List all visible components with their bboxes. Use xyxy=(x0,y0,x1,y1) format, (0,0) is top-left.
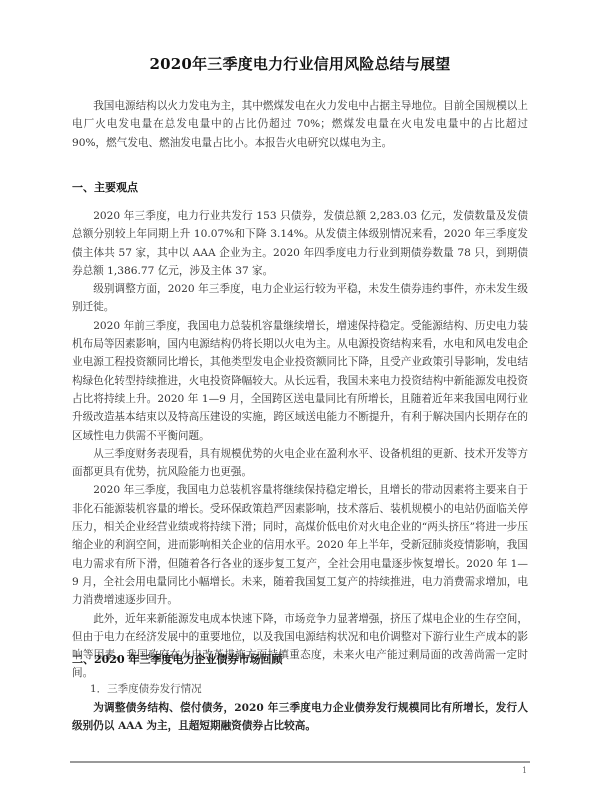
bold-summary-paragraph: 为调整债务结构、偿付债务，2020 年三季度电力企业债券发行规模同比有所增长，发… xyxy=(72,699,528,736)
section-2-heading: 二、2020 年三季度电力企业债券市场回顾 xyxy=(72,651,282,667)
section-1-heading: 一、主要观点 xyxy=(72,179,138,195)
section-2-body: 为调整债务结构、偿付债务，2020 年三季度电力企业债券发行规模同比有所增长，发… xyxy=(72,699,528,736)
paragraph: 从三季度财务表现看，具有规模优势的火电企业在盈利水平、设备机组的更新、技术开发等… xyxy=(72,445,528,482)
document-title: 2020年三季度电力行业信用风险总结与展望 xyxy=(0,53,600,74)
paragraph: 2020 年前三季度，我国电力总装机容量继续增长，增速保持稳定。受能源结构、历史… xyxy=(72,317,528,445)
section-2-subheading: 1．三季度债券发行情况 xyxy=(90,681,202,696)
section-1-body: 2020 年三季度，电力行业共发行 153 只债券，发债总额 2,283.03 … xyxy=(72,207,528,683)
paragraph: 2020 年三季度，电力行业共发行 153 只债券，发债总额 2,283.03 … xyxy=(72,207,528,280)
document-page: 2020年三季度电力行业信用风险总结与展望 我国电源结构以火力发电为主，其中燃煤… xyxy=(0,0,600,800)
intro-paragraph: 我国电源结构以火力发电为主，其中燃煤发电在火力发电中占据主导地位。目前全国规模以… xyxy=(72,97,528,152)
paragraph: 此外，近年来新能源发电成本快速下降，市场竞争力显著增强，挤压了煤电企业的生存空间… xyxy=(72,610,528,683)
footer-divider xyxy=(70,761,530,763)
paragraph: 级别调整方面，2020 年三季度，电力企业运行较为平稳，未发生债券违约事件，亦未… xyxy=(72,280,528,317)
intro-paragraph-block: 我国电源结构以火力发电为主，其中燃煤发电在火力发电中占据主导地位。目前全国规模以… xyxy=(72,97,528,152)
paragraph: 2020 年三季度，我国电力总装机容量将继续保持稳定增长，且增长的带动因素将主要… xyxy=(72,481,528,609)
page-number: 1 xyxy=(522,766,527,775)
